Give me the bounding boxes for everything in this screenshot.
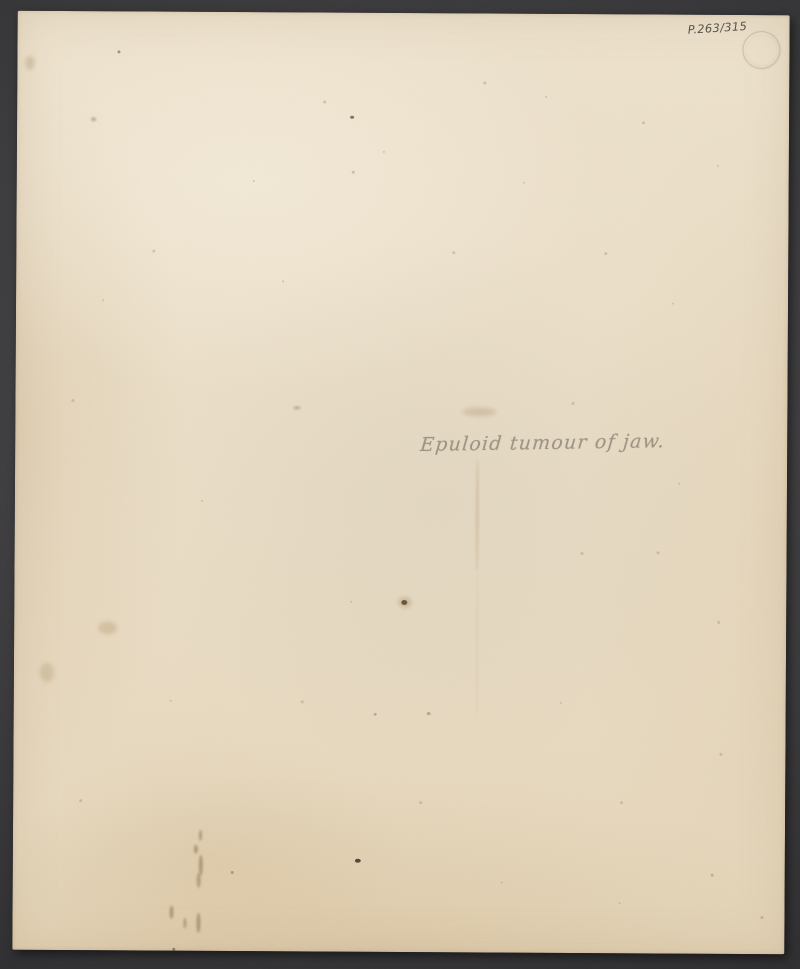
stain-spot [170, 700, 172, 702]
stain-spot [678, 483, 680, 485]
stain-spot [483, 81, 486, 84]
stain-spot [657, 551, 660, 554]
stain-spot [352, 171, 355, 174]
stain-spot [462, 407, 496, 416]
stain-spot [71, 399, 74, 402]
stain-spot [199, 830, 202, 841]
stain-spot [523, 182, 525, 184]
stain-spot [350, 601, 352, 603]
stain-spot [620, 801, 623, 804]
stain-spot [79, 799, 82, 802]
stain-spot [672, 303, 674, 305]
stain-spot [201, 500, 203, 502]
stain-spot [717, 165, 719, 167]
stain-spot [196, 913, 200, 933]
stain-spot [419, 801, 422, 804]
stain-spot [323, 101, 326, 104]
stain-spot [253, 180, 255, 182]
stain-spot [301, 700, 304, 703]
stain-spot [25, 56, 34, 70]
stain-spot [383, 151, 385, 153]
stain-spot [501, 882, 503, 884]
stain-spot [183, 918, 186, 929]
stain-spot [398, 597, 411, 608]
stain-spot [197, 873, 201, 888]
stain-spot [374, 713, 377, 716]
stain-spot [711, 874, 714, 877]
stain-spot [350, 116, 354, 119]
stain-spot [293, 406, 300, 409]
stain-spot [152, 250, 155, 253]
stain-spot [760, 916, 763, 919]
stain-spot [545, 96, 547, 98]
stain-spot [231, 871, 234, 874]
stain-spot [619, 902, 621, 904]
stain-spot [282, 280, 284, 282]
stain-spot [427, 712, 431, 715]
stain-spot [401, 600, 407, 605]
stain-spot [476, 571, 479, 721]
stain-spot [475, 459, 479, 571]
stain-spot [172, 948, 175, 951]
stain-spot [40, 663, 54, 682]
stain-spot [102, 299, 104, 301]
stain-spot [194, 845, 198, 854]
stain-spot [581, 552, 584, 555]
stain-spot [199, 855, 203, 876]
stain-spot [355, 859, 361, 863]
pencil-inscription: Epuloid tumour of jaw. [419, 430, 691, 456]
stain-spot [604, 252, 607, 255]
stain-spot [98, 621, 117, 634]
stain-spot [642, 121, 645, 124]
catalog-number-inscription: P.263/315 [687, 19, 747, 37]
stain-spot [719, 753, 722, 756]
stain-spot [560, 702, 562, 704]
stain-spot [571, 402, 574, 405]
stain-spot [452, 251, 455, 254]
stain-spot [91, 117, 96, 121]
stains-layer [12, 11, 789, 954]
blind-embossed-stamp [742, 31, 780, 69]
stain-spot [169, 906, 173, 919]
photograph-verso: P.263/315 Epuloid tumour of jaw. [12, 11, 789, 954]
stain-spot [117, 50, 120, 53]
photo-backdrop: P.263/315 Epuloid tumour of jaw. [0, 0, 800, 969]
stain-spot [717, 621, 720, 624]
